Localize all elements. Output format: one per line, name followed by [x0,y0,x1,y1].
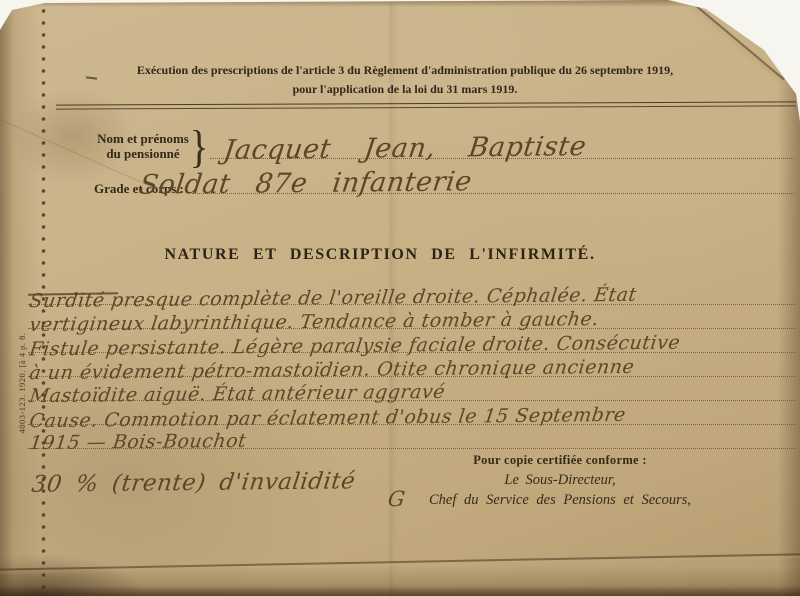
header-line-2: pour l'application de la loi du 31 mars … [80,82,730,97]
infirmity-description: Surdité presque complète de l'oreille dr… [28,281,796,449]
certify-line-3: Chef du Service des Pensions et Secours, [390,492,730,509]
invalidity-note: 30 % (trente) d'invalidité [32,470,355,496]
name-field-label: Nom et prénoms du pensionné [94,131,192,161]
certification-block: Pour copie certifiée conforme : Le Sous-… [390,453,730,509]
infirmity-line-5: Mastoïdite aiguë. État antérieur aggravé [28,377,796,401]
scan-background: { "colors": { "paper": "#c9b287", "print… [0,0,800,596]
document-paper: 4003-123. 1920. [à 4 p. 8. Exécution des… [0,0,800,596]
infirmity-line-4: à un évidement pétro-mastoïdien. Otite c… [28,353,796,377]
bottom-edge-shadow [0,566,800,596]
infirmity-line-7: 1915 — Bois-Bouchot [28,425,796,449]
infirmity-line-2: vertigineux labyrinthique. Tendance à to… [28,305,796,329]
grade-handwritten-value: Soldat 87e infanterie [138,166,474,200]
infirmity-line-7-text: 1915 — Bois-Bouchot [28,430,247,454]
certify-line-1: Pour copie certifiée conforme : [390,453,730,468]
printer-imprint: 4003-123. 1920. [à 4 p. 8. [17,325,27,441]
infirmity-line-1: Surdité presque complète de l'oreille dr… [28,281,796,305]
certify-line-2: Le Sous-Directeur, [390,472,730,489]
header-note: Exécution des prescriptions de l'article… [80,63,730,97]
name-label-line-2: du pensionné [106,146,179,161]
header-line-1: Exécution des prescriptions de l'article… [80,63,730,78]
infirmity-section-title: NATURE ET DESCRIPTION DE L'INFIRMITÉ. [0,246,760,264]
infirmity-line-6: Cause. Commotion par éclatement d'obus l… [28,401,796,425]
name-label-line-1: Nom et prénoms [97,131,189,146]
name-dotted-line: Jacquet Jean, Baptiste [210,126,794,159]
grade-dotted-line: Soldat 87e infanterie [192,160,794,194]
invalidity-text: 30 % (trente) d'invalidité [30,468,357,497]
infirmity-line-3: Fistule persistante. Légère paralysie fa… [28,329,796,353]
double-rule [56,101,796,109]
